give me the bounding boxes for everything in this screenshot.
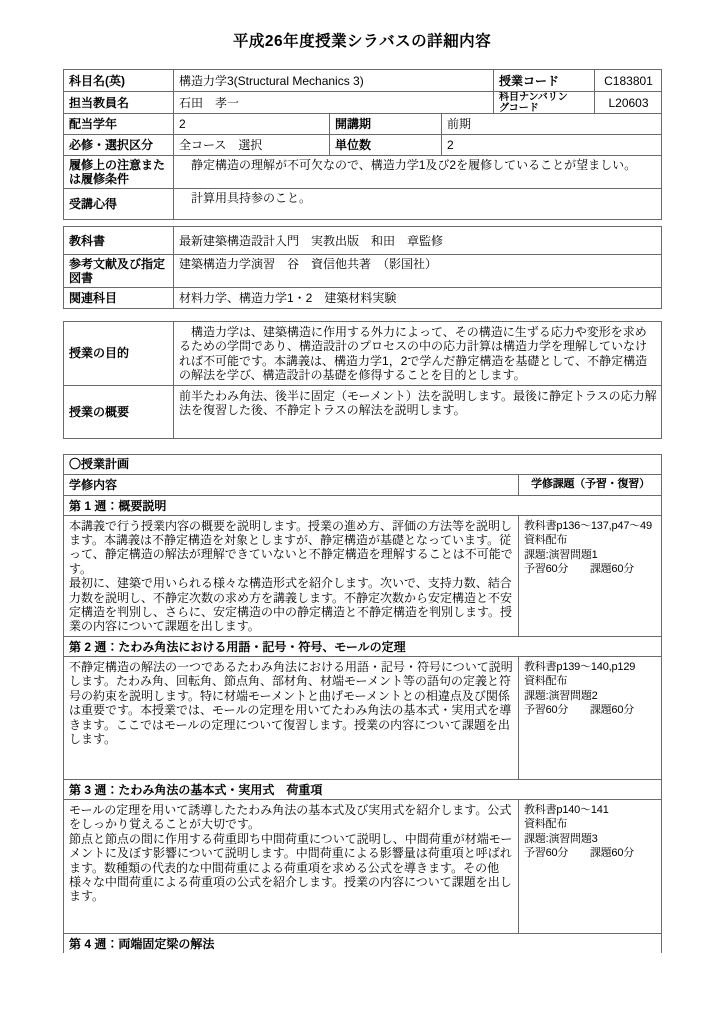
summary-value: 前半たわみ角法、後半に固定（モーメント）法を説明します。最後に静定トラスの応力解… [173, 386, 661, 438]
week2-title-row: 第 2 週：たわみ角法における用語・記号・符号、モールの定理 [64, 637, 661, 657]
course-info-table: 科目名(英) 構造力学3(Structural Mechanics 3) 授業コ… [63, 69, 662, 220]
week3-title-row: 第 3 週：たわみ角法の基本式・実用式 荷重項 [64, 780, 661, 800]
related-value: 材料力学、構造力学1・2 建築材料実験 [173, 288, 661, 308]
spacer [63, 439, 662, 454]
grade-value: 2 [173, 114, 329, 134]
instructor-label: 担当教員名 [64, 92, 173, 113]
week-title: 第 3 週：たわみ角法の基本式・実用式 荷重項 [64, 780, 661, 799]
requirement-row: 必修・選択区分 全コース 選択 単位数 2 [64, 135, 661, 156]
textbook-row: 教科書 最新建築構造設計入門 実教出版 和田 章監修 [64, 227, 661, 255]
plan-section-title: 〇授業計画 [64, 455, 661, 474]
summary-row: 授業の概要 前半たわみ角法、後半に固定（モーメント）法を説明します。最後に静定ト… [64, 386, 661, 438]
week-title: 第 1 週：概要説明 [64, 496, 661, 515]
attitude-value: 計算用具持参のこと。 [173, 189, 661, 219]
textbook-value: 最新建築構造設計入門 実教出版 和田 章監修 [173, 227, 661, 254]
week-body: モールの定理を用いて誘導したたわみ角法の基本式及び実用式を紹介します。公式をしっ… [64, 800, 518, 933]
week-tasks: 教科書p140～141 資料配布 課題:演習問題3 予習60分 課題60分 [518, 800, 661, 933]
week-body: 本講義で行う授業内容の概要を説明します。授業の進め方、評価の方法等を説明します。… [64, 516, 518, 636]
term-value: 前期 [441, 114, 661, 134]
syllabus-document: 平成26年度授業シラバスの詳細内容 科目名(英) 構造力学3(Structura… [0, 0, 724, 1024]
week1-content-row: 本講義で行う授業内容の概要を説明します。授業の進め方、評価の方法等を説明します。… [64, 516, 661, 637]
credits-value: 2 [441, 135, 661, 155]
course-materials-table: 教科書 最新建築構造設計入門 実教出版 和田 章監修 参考文献及び指定図書 建築… [63, 226, 662, 309]
week-tasks: 教科書p136～137,p47～49 資料配布 課題:演習問題1 予習60分 課… [518, 516, 661, 636]
purpose-value: 構造力学は、建築構造に作用する外力によって、その構造に生ずる応力や変形を求めるた… [173, 322, 661, 385]
references-value: 建築構造力学演習 谷 資信他共著 （影国社） [173, 255, 661, 287]
term-label: 開講期 [329, 114, 441, 134]
week2-content-row: 不静定構造の解法の一つであるたわみ角法における用語・記号・符号について説明します… [64, 657, 661, 780]
credits-label: 単位数 [329, 135, 441, 155]
week-body: 不静定構造の解法の一つであるたわみ角法における用語・記号・符号について説明します… [64, 657, 518, 779]
instructor-value: 石田 孝一 [173, 92, 493, 113]
subject-value: 構造力学3(Structural Mechanics 3) [173, 70, 493, 91]
subject-label: 科目名(英) [64, 70, 173, 91]
references-label: 参考文献及び指定図書 [64, 255, 173, 287]
week-title: 第 2 週：たわみ角法における用語・記号・符号、モールの定理 [64, 637, 661, 656]
numbering-code-label: 科目ナンバリングコード [493, 92, 594, 113]
plan-header-row: 学修内容 学修課題（予習・復習） [64, 475, 661, 496]
purpose-row: 授業の目的 構造力学は、建築構造に作用する外力によって、その構造に生ずる応力や変… [64, 322, 661, 386]
purpose-label: 授業の目的 [64, 322, 173, 385]
spacer [63, 309, 662, 321]
subject-row: 科目名(英) 構造力学3(Structural Mechanics 3) 授業コ… [64, 70, 661, 92]
attitude-label: 受講心得 [64, 189, 173, 219]
week-title: 第 4 週：両端固定梁の解法 [64, 934, 661, 953]
requirement-value: 全コース 選択 [173, 135, 329, 155]
course-overview-table: 授業の目的 構造力学は、建築構造に作用する外力によって、その構造に生ずる応力や変… [63, 321, 662, 439]
references-row: 参考文献及び指定図書 建築構造力学演習 谷 資信他共著 （影国社） [64, 255, 661, 288]
week4-title-row: 第 4 週：両端固定梁の解法 [64, 934, 661, 953]
summary-label: 授業の概要 [64, 386, 173, 438]
plan-task-header: 学修課題（予習・復習） [518, 475, 661, 495]
attitude-row: 受講心得 計算用具持参のこと。 [64, 189, 661, 219]
class-code-label: 授業コード [493, 70, 594, 91]
grade-row: 配当学年 2 開講期 前期 [64, 114, 661, 135]
prerequisite-value: 静定構造の理解が不可欠なので、構造力学1及び2を履修していることが望ましい。 [173, 156, 661, 188]
requirement-label: 必修・選択区分 [64, 135, 173, 155]
textbook-label: 教科書 [64, 227, 173, 254]
plan-section-row: 〇授業計画 [64, 455, 661, 475]
instructor-row: 担当教員名 石田 孝一 科目ナンバリングコード L20603 [64, 92, 661, 114]
related-row: 関連科目 材料力学、構造力学1・2 建築材料実験 [64, 288, 661, 308]
course-plan-table: 〇授業計画 学修内容 学修課題（予習・復習） 第 1 週：概要説明 本講義で行う… [63, 454, 662, 953]
numbering-code-value: L20603 [594, 92, 661, 113]
prerequisite-label: 履修上の注意または履修条件 [64, 156, 173, 188]
grade-label: 配当学年 [64, 114, 173, 134]
week-tasks: 教科書p139～140,p129 資料配布 課題:演習問題2 予習60分 課題6… [518, 657, 661, 779]
plan-content-header: 学修内容 [64, 475, 518, 495]
page-title: 平成26年度授業シラバスの詳細内容 [0, 0, 724, 51]
document-body: 科目名(英) 構造力学3(Structural Mechanics 3) 授業コ… [63, 69, 662, 953]
week1-title-row: 第 1 週：概要説明 [64, 496, 661, 516]
class-code-value: C183801 [594, 70, 661, 91]
related-label: 関連科目 [64, 288, 173, 308]
prerequisite-row: 履修上の注意または履修条件 静定構造の理解が不可欠なので、構造力学1及び2を履修… [64, 156, 661, 189]
week3-content-row: モールの定理を用いて誘導したたわみ角法の基本式及び実用式を紹介します。公式をしっ… [64, 800, 661, 934]
